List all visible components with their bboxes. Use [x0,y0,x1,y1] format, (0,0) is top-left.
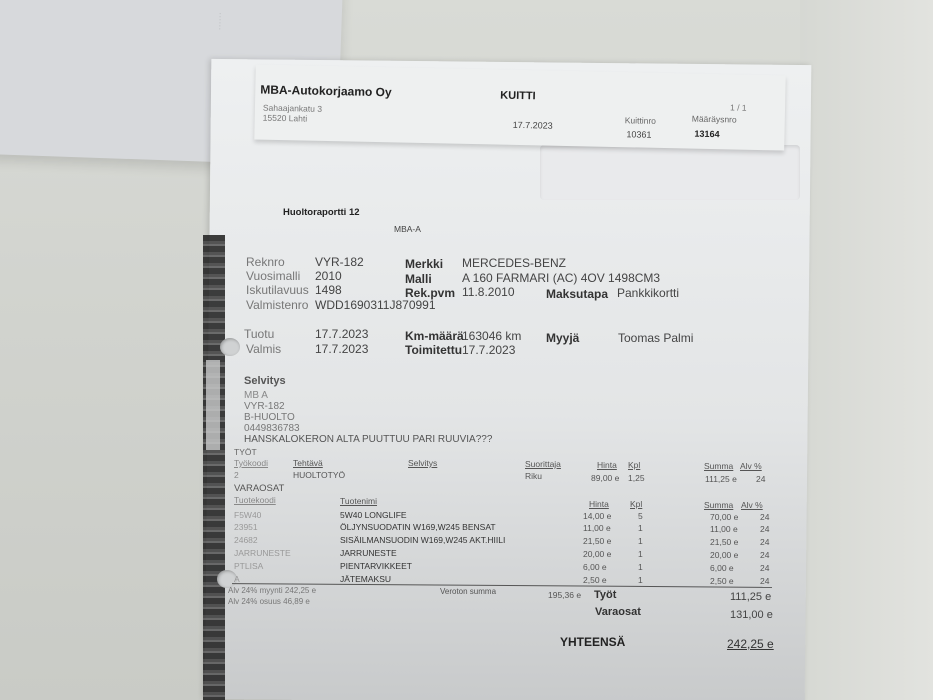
vehicle-label: Iskutilavuus [246,283,309,297]
labor-header: Alv % [740,461,762,471]
km-value: 163046 km [462,329,521,343]
parts-sum: 21,50 e [710,537,738,547]
parts-price: 11,00 e [583,523,611,533]
parts-header: Kpl [630,499,642,509]
labor-header: Summa [704,461,733,471]
table-surface [800,0,933,700]
delivered-label: Toimitettu [405,343,462,357]
vehicle-value: VYR-182 [315,255,364,269]
order-no-label: Määräysnro [692,114,737,125]
print-bleed-edge [203,235,225,700]
net-label: Veroton summa [440,587,496,596]
labor-total-label: Työt [594,589,616,601]
parts-code: PTLISA [234,561,263,571]
parts-name: SISÄILMANSUODIN W169,W245 AKT.HIILI [340,535,505,545]
report-title: Huoltoraportti 12 [283,207,360,218]
in-date: 17.7.2023 [315,327,368,341]
parts-name: ÖLJYNSUODATIN W169,W245 BENSAT [340,522,496,532]
parts-qty: 1 [638,575,643,585]
labor-header: Kpl [628,460,640,470]
company-name: MBA-Autokorjaamo Oy [260,83,392,100]
delivered-date: 17.7.2023 [462,343,515,357]
parts-sum: 2,50 e [710,576,734,586]
reg-date-value: 11.8.2010 [462,285,515,299]
receipt-date: 17.7.2023 [513,120,553,131]
labor-qty: 1,25 [628,473,645,483]
labor-section-title: TYÖT [234,447,257,457]
labor-header: Suorittaja [525,459,561,469]
parts-header: Tuotenimi [340,496,377,506]
parts-code: JARRUNESTE [234,548,291,558]
payment-label: Maksutapa [546,287,608,301]
company-city: 15520 Lahti [263,113,308,124]
done-date: 17.7.2023 [315,342,368,356]
make-label: Merkki [405,257,443,271]
model-value: A 160 FARMARI (AC) 4OV 1498CM3 [462,271,660,285]
vehicle-value: 2010 [315,269,342,283]
parts-code: F5W40 [234,510,261,520]
labor-header: Työkoodi [234,458,268,468]
parts-qty: 1 [638,562,643,572]
parts-price: 2,50 e [583,575,607,585]
parts-price: 6,00 e [583,562,607,572]
notes-line: HANSKALOKERON ALTA PUUTTUU PARI RUUVIA??… [244,434,492,445]
ghost-text: ...... [211,12,224,31]
parts-sum: 70,00 e [710,512,738,522]
labor-header: Hinta [597,460,617,470]
parts-sum: 20,00 e [710,550,738,560]
grand-total: 242,25 e [727,637,774,651]
labor-vat: 24 [756,474,765,484]
torn-flap [540,145,800,200]
notes-line: 0449836783 [244,423,300,434]
order-no: 13164 [694,129,719,140]
parts-price: 14,00 e [583,511,611,521]
parts-header: Tuotekoodi [234,495,276,505]
parts-name: JÄTEMAKSU [340,574,391,584]
labor-code: 2 [234,470,239,480]
vehicle-value: 1498 [315,283,342,297]
page-indicator: 1 / 1 [730,102,747,112]
receipt-no: 10361 [626,129,651,140]
labor-task: HUOLTOTYÖ [293,470,345,480]
parts-code: 23951 [234,522,258,532]
receipt-title: KUITTI [500,90,536,103]
payment-value: Pankkikortti [617,286,679,300]
parts-header: Summa [704,500,733,510]
parts-total-label: Varaosat [595,606,641,618]
vehicle-label: Vuosimalli [246,269,300,283]
parts-name: JARRUNESTE [340,548,397,558]
in-label: Tuotu [244,327,274,341]
vehicle-label: Valmistenro [246,298,308,312]
parts-section-title: VARAOSAT [234,483,284,494]
parts-vat: 24 [760,550,769,560]
seller-value: Toomas Palmi [618,331,693,345]
parts-vat: 24 [760,576,769,586]
net-value: 195,36 e [548,590,581,600]
notes-line: B-HUOLTO [244,412,295,423]
receipt-no-label: Kuittinro [625,115,656,126]
labor-header: Tehtävä [293,458,323,468]
labor-header: Selvitys [408,458,437,468]
notes-line: MB A [244,390,268,401]
reg-date-label: Rek.pvm [405,286,455,300]
parts-sum: 6,00 e [710,563,734,573]
vehicle-label: Reknro [246,255,285,269]
parts-total: 131,00 e [730,609,773,621]
parts-qty: 1 [638,536,643,546]
notes-title: Selvitys [244,375,286,387]
labor-price: 89,00 e [591,473,619,483]
notes-line: VYR-182 [244,401,285,412]
parts-vat: 24 [760,563,769,573]
done-label: Valmis [246,342,281,356]
labor-by: Riku [525,471,542,481]
labor-total: 111,25 e [730,591,771,603]
grand-total-label: YHTEENSÄ [560,635,625,649]
make-value: MERCEDES-BENZ [462,256,566,270]
parts-name: PIENTARVIKKEET [340,561,412,571]
print-bleed-gap [206,360,220,450]
parts-code: 24682 [234,535,258,545]
seller-label: Myyjä [546,331,579,345]
parts-header: Alv % [741,500,763,510]
receipt-header: MBA-Autokorjaamo Oy Sahaajankatu 3 15520… [254,64,785,150]
km-label: Km-määrä [405,329,464,343]
vat-share: Alv 24% osuus 46,89 e [228,597,310,606]
parts-header: Hinta [589,499,609,509]
parts-qty: 1 [638,523,643,533]
model-label: Malli [405,272,432,286]
report-subtitle: MBA-A [394,224,421,234]
parts-qty: 5 [638,511,643,521]
parts-price: 20,00 e [583,549,611,559]
parts-name: 5W40 LONGLIFE [340,510,407,520]
parts-qty: 1 [638,549,643,559]
vehicle-value: WDD1690311J870991 [315,298,436,312]
labor-sum: 111,25 e [705,474,737,484]
parts-sum: 11,00 e [710,524,738,534]
parts-vat: 24 [760,524,769,534]
vat-sales: Alv 24% myynti 242,25 e [228,586,316,595]
punch-hole [220,338,240,356]
parts-vat: 24 [760,537,769,547]
parts-price: 21,50 e [583,536,611,546]
parts-vat: 24 [760,512,769,522]
